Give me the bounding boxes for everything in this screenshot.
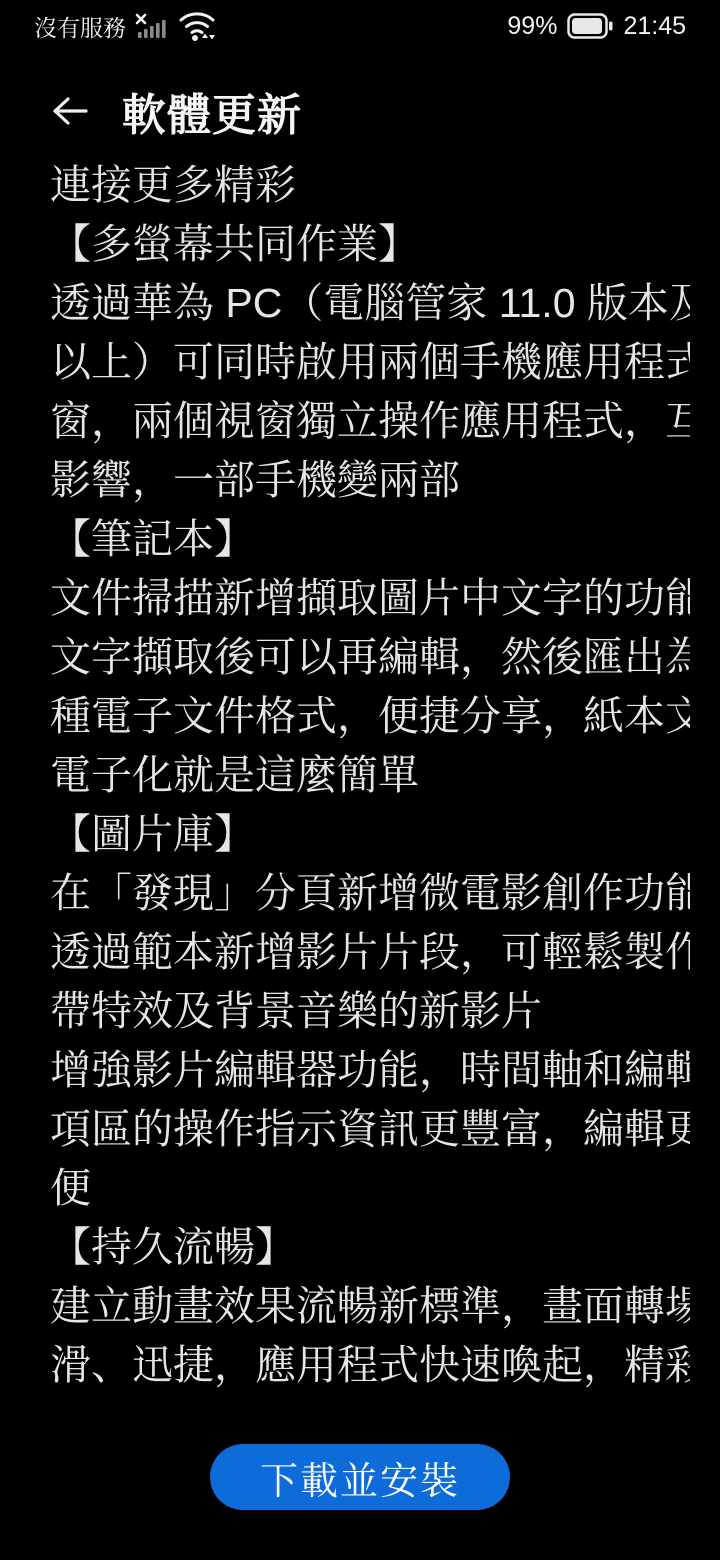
page-title: 軟體更新 — [122, 79, 302, 143]
status-bar: 沒有服務 — [0, 0, 720, 52]
battery-percent-label: 99% — [507, 12, 557, 41]
release-note-line: 以上）可同時啟用兩個手機應用程式視 — [50, 333, 690, 392]
release-note-line: 建立動畫效果流暢新標準，畫面轉場平 — [50, 1277, 690, 1336]
header: 軟體更新 — [50, 76, 690, 146]
status-bar-right: 99% 21:45 — [507, 12, 686, 41]
release-notes: 連接更多精彩【多螢幕共同作業】透過華為 PC（電腦管家 11.0 版本及以上）可… — [50, 156, 690, 1395]
release-note-line: 便 — [50, 1159, 690, 1218]
back-button[interactable] — [50, 91, 90, 131]
release-note-line: 影響，一部手機變兩部 — [50, 451, 690, 510]
release-note-line: 種電子文件格式，便捷分享，紙本文件 — [50, 687, 690, 746]
clock-label: 21:45 — [623, 12, 686, 41]
release-note-line: 【持久流暢】 — [50, 1218, 690, 1277]
battery-icon — [567, 13, 613, 39]
download-install-button[interactable]: 下載並安裝 — [210, 1444, 510, 1510]
release-note-line: 【圖片庫】 — [50, 805, 690, 864]
carrier-label: 沒有服務 — [34, 10, 126, 43]
release-note-line: 【筆記本】 — [50, 510, 690, 569]
release-note-line: 透過範本新增影片片段，可輕鬆製作附 — [50, 923, 690, 982]
release-note-line: 窗，兩個視窗獨立操作應用程式，互不 — [50, 392, 690, 451]
release-note-line: 透過華為 PC（電腦管家 11.0 版本及 — [50, 274, 690, 333]
release-note-line: 連接更多精彩 — [50, 156, 690, 215]
release-note-line: 增強影片編輯器功能，時間軸和編輯選 — [50, 1041, 690, 1100]
release-note-line: 文字擷取後可以再編輯，然後匯出為多 — [50, 628, 690, 687]
release-note-line: 在「發現」分頁新增微電影創作功能， — [50, 864, 690, 923]
back-arrow-icon — [51, 94, 89, 128]
software-update-screen: 沒有服務 — [0, 0, 720, 1560]
release-note-line: 帶特效及背景音樂的新影片 — [50, 982, 690, 1041]
release-note-line: 項區的操作指示資訊更豐富，編輯更方 — [50, 1100, 690, 1159]
wifi-icon — [178, 9, 220, 43]
release-note-line: 【多螢幕共同作業】 — [50, 215, 690, 274]
release-note-line: 文件掃描新增擷取圖片中文字的功能， — [50, 569, 690, 628]
release-note-line: 滑、迅捷，應用程式快速喚起，精彩不 — [50, 1336, 690, 1395]
status-bar-left: 沒有服務 — [34, 9, 220, 43]
signal-strength-no-service-icon — [134, 10, 170, 42]
release-note-line: 電子化就是這麼簡單 — [50, 746, 690, 805]
